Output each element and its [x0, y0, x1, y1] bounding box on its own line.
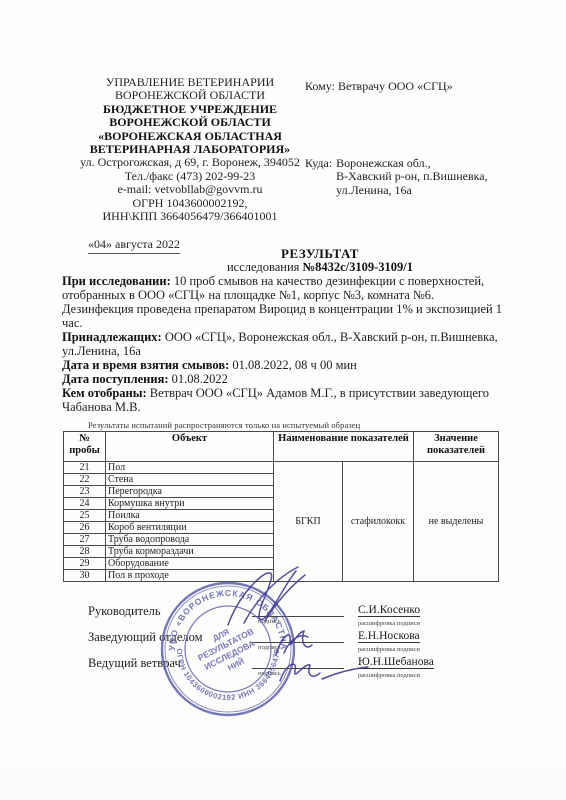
org-ogrn: ОГРН 1043600002192, — [68, 197, 312, 210]
table-disclaimer-note: Результаты испытаний распространяются то… — [88, 420, 360, 430]
where-label: Куда: — [305, 157, 332, 198]
header-value: Значение показателей — [414, 432, 499, 462]
sample-number-cell: 30 — [64, 570, 106, 582]
sample-number-cell: 27 — [64, 534, 106, 546]
paragraph-label: Дата и время взятия смывов: — [62, 358, 229, 372]
object-cell: Короб вентиляции — [106, 522, 274, 534]
to-value: Ветврачу ООО «СГЦ» — [338, 79, 453, 93]
results-table: № пробы Объект Наименование показателей … — [63, 431, 499, 582]
paragraph-label: Дата поступления: — [62, 372, 169, 386]
signature-scribble-director — [228, 567, 305, 625]
where-line: Воронежская обл., — [336, 157, 487, 171]
org-line: УПРАВЛЕНИЕ ВЕТЕРИНАРИИ — [68, 76, 312, 89]
sample-number-cell: 24 — [64, 498, 106, 510]
paragraph-disinfection: Дезинфекция проведена препаратом Вироцид… — [62, 302, 512, 330]
sample-number-cell: 23 — [64, 486, 106, 498]
org-line: «ВОРОНЕЖСКАЯ ОБЛАСТНАЯ — [68, 130, 312, 143]
document-subtitle: исследования №8432с/3109-3109/1 — [100, 260, 540, 275]
org-address: ул. Острогожская, д 69, г. Воронеж, 3940… — [68, 156, 312, 169]
sample-number-cell: 21 — [64, 462, 106, 474]
signature-scribble-lead-vet — [280, 664, 368, 681]
paragraph-text: 01.08.2022 — [169, 372, 228, 386]
sample-number-cell: 28 — [64, 546, 106, 558]
paragraph-label: Принадлежащих: — [62, 330, 162, 344]
sample-number-cell: 25 — [64, 510, 106, 522]
organization-block: УПРАВЛЕНИЕ ВЕТЕРИНАРИИ ВОРОНЕЖСКОЙ ОБЛАС… — [68, 76, 312, 223]
object-cell: Кормушка внутри — [106, 498, 274, 510]
object-cell: Перегородка — [106, 486, 274, 498]
org-email: e-mail: vetvobllab@govvm.ru — [68, 183, 312, 196]
header-indicators: Наименование показателей — [274, 432, 414, 462]
object-cell: Поилка — [106, 510, 274, 522]
sample-number-cell: 22 — [64, 474, 106, 486]
object-cell: Стена — [106, 474, 274, 486]
paragraph-research: При исследовании: 10 проб смывов на каче… — [62, 274, 512, 302]
paragraph-receipt-date: Дата поступления: 01.08.2022 — [62, 372, 512, 386]
header-sample-number: № пробы — [64, 432, 106, 462]
scanned-document-page: УПРАВЛЕНИЕ ВЕТЕРИНАРИИ ВОРОНЕЖСКОЙ ОБЛАС… — [0, 0, 566, 800]
paragraph-sampling-datetime: Дата и время взятия смывов: 01.08.2022, … — [62, 358, 512, 372]
where-line: ул.Ленина, 16а — [336, 184, 487, 198]
sample-number-cell: 26 — [64, 522, 106, 534]
paragraph-text: 01.08.2022, 08 ч 00 мин — [229, 358, 357, 372]
where-value: Воронежская обл., В-Хавский р-он, п.Вишн… — [336, 157, 487, 198]
signature-scribble-department-head — [276, 631, 312, 655]
document-body: При исследовании: 10 проб смывов на каче… — [62, 274, 512, 414]
org-line: БЮДЖЕТНОЕ УЧРЕЖДЕНИЕ — [68, 103, 312, 116]
research-number: №8432с/3109-3109/1 — [303, 260, 413, 274]
org-line: ВОРОНЕЖСКОЙ ОБЛАСТИ — [68, 116, 312, 129]
paragraph-label: При исследовании: — [62, 274, 171, 288]
object-cell: Труба водопровода — [106, 534, 274, 546]
org-inn: ИНН\КПП 3664056479/366401001 — [68, 210, 312, 223]
subtitle-prefix: исследования — [227, 260, 303, 274]
org-phone: Тел./факс (473) 202-99-23 — [68, 170, 312, 183]
org-line: ВЕТЕРИНАРНАЯ ЛАБОРАТОРИЯ» — [68, 143, 312, 156]
paragraph-owner: Принадлежащих: ООО «СГЦ», Воронежская об… — [62, 330, 512, 358]
sample-number-cell: 29 — [64, 558, 106, 570]
where-line: В-Хавский р-он, п.Вишневка, — [336, 170, 487, 184]
addressee-to-line: Кому: Ветврачу ООО «СГЦ» — [305, 80, 530, 94]
paragraph-text: Дезинфекция проведена препаратом Вироцид… — [62, 302, 502, 330]
paragraph-label: Кем отобраны: — [62, 386, 147, 400]
header-object: Объект — [106, 432, 274, 462]
object-cell: Труба кормораздачи — [106, 546, 274, 558]
object-cell: Пол — [106, 462, 274, 474]
merged-cell-result-value: не выделены — [414, 462, 499, 582]
paragraph-sampled-by: Кем отобраны: Ветврач ООО «СГЦ» Адамов М… — [62, 386, 512, 414]
to-label: Кому: — [305, 79, 335, 93]
handwritten-signatures-ink — [210, 563, 385, 698]
addressee-block: Кому: Ветврачу ООО «СГЦ» Куда: Воронежск… — [305, 80, 530, 197]
table-header-row: № пробы Объект Наименование показателей … — [64, 432, 499, 462]
addressee-where-line: Куда: Воронежская обл., В-Хавский р-он, … — [305, 157, 530, 198]
table-row: 21 Пол БГКПстафилококкне выделены — [64, 462, 499, 474]
org-line: ВОРОНЕЖСКОЙ ОБЛАСТИ — [68, 89, 312, 102]
